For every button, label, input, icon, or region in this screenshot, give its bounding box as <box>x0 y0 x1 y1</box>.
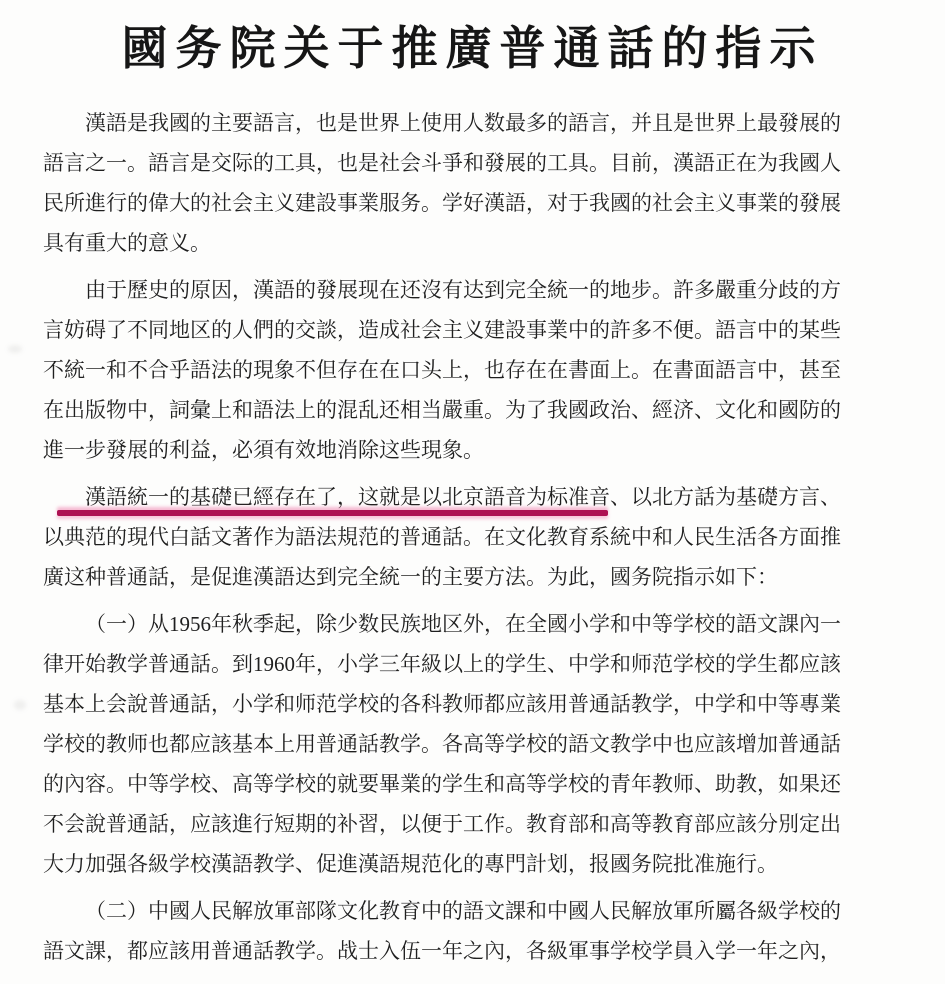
paragraph-directive-1: （一）从1956年秋季起，除少数民族地区外，在全國小学和中等学校的語文課內一律开… <box>43 604 841 884</box>
paragraph-intro: 漢語是我國的主要語言，也是世界上使用人数最多的語言，并且是世界上最發展的語言之一… <box>43 103 841 263</box>
paragraph-directive-2: （二）中國人民解放軍部隊文化教育中的語文課和中國人民解放軍所屬各級学校的語文課，… <box>43 891 841 971</box>
scan-artifact <box>14 700 26 710</box>
paragraph-putonghua-definition: 漢語統一的基礎已經存在了，这就是以北京語音为标准音、以北方話为基礎方言、以典范的… <box>43 477 841 597</box>
red-underline-annotation <box>57 510 608 516</box>
document-body: 漢語是我國的主要語言，也是世界上使用人数最多的語言，并且是世界上最發展的語言之一… <box>43 103 841 978</box>
scan-artifact <box>8 345 22 353</box>
scanned-document-page: 國务院关于推廣普通話的指示 漢語是我國的主要語言，也是世界上使用人数最多的語言，… <box>0 0 945 984</box>
document-title: 國务院关于推廣普通話的指示 <box>0 0 945 76</box>
paragraph-problem: 由于歷史的原因，漢語的發展现在还沒有达到完全統一的地步。許多嚴重分歧的方言妨碍了… <box>43 270 841 470</box>
